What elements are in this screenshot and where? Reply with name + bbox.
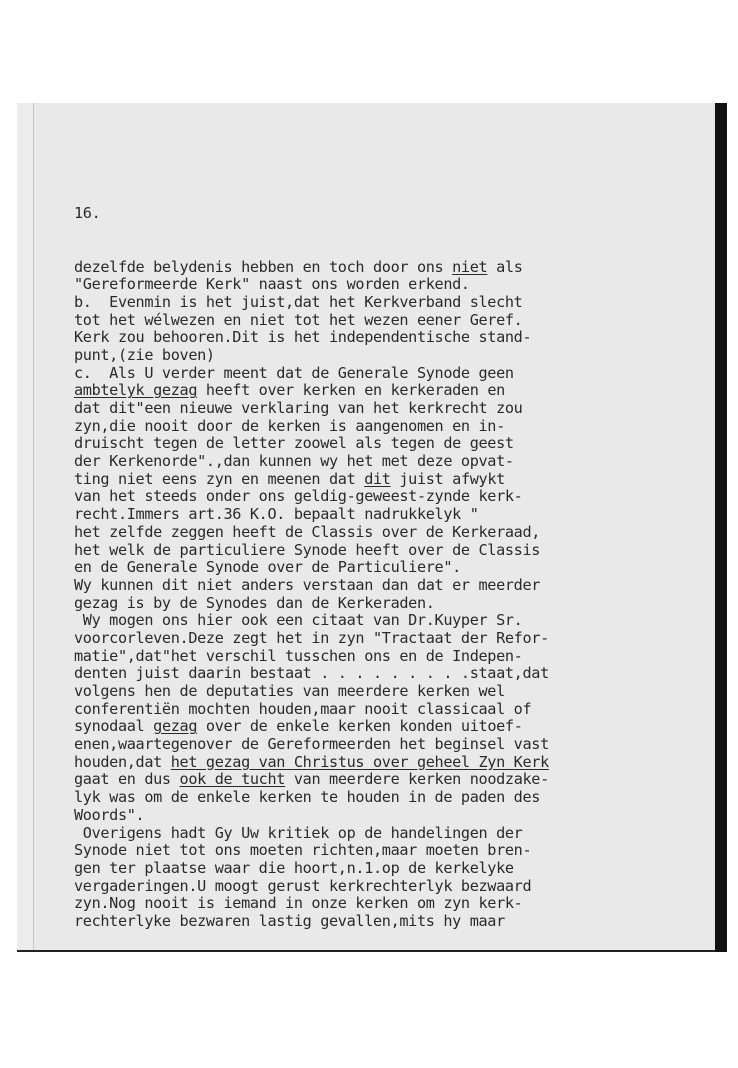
text-line: matie",dat"het verschil tusschen ons en … [74, 648, 674, 666]
text-segment: Wy kunnen dit niet anders verstaan dan d… [74, 576, 540, 594]
text-line: ambtelyk gezag heeft over kerken en kerk… [74, 382, 674, 400]
text-segment: van het steeds onder ons geldig-geweest-… [74, 487, 522, 505]
text-segment: dezelfde belydenis hebben en toch door o… [74, 258, 452, 276]
text-segment: vergaderingen.U moogt gerust kerkrechter… [74, 877, 531, 895]
text-segment: druischt tegen de letter zoowel als tege… [74, 434, 514, 452]
text-line: volgens hen de deputaties van meerdere k… [74, 683, 674, 701]
text-line: het welk de particuliere Synode heeft ov… [74, 542, 674, 560]
text-line: voorcorleven.Deze zegt het in zyn "Tract… [74, 630, 674, 648]
text-segment: het welk de particuliere Synode heeft ov… [74, 541, 540, 559]
text-line: en de Generale Synode over de Particulie… [74, 559, 674, 577]
text-segment: tot het wélwezen en niet tot het wezen e… [74, 311, 522, 329]
text-line: synodaal gezag over de enkele kerken kon… [74, 718, 674, 736]
text-segment: Synode niet tot ons moeten richten,maar … [74, 841, 531, 859]
page-margin-strip [17, 103, 34, 950]
underlined-text: niet [452, 258, 487, 276]
page-edge-shadow [715, 103, 727, 952]
underlined-text: dit [364, 470, 390, 488]
page-number: 16. [74, 205, 674, 223]
text-line: conferentiën mochten houden,maar nooit c… [74, 701, 674, 719]
text-segment: zyn,die nooit door de kerken is aangenom… [74, 417, 505, 435]
text-segment: "Gereformeerde Kerk" naast ons worden er… [74, 275, 470, 293]
text-line: gen ter plaatse waar die hoort,n.1.op de… [74, 860, 674, 878]
text-line: Woords". [74, 807, 674, 825]
underlined-text: gezag [153, 717, 197, 735]
text-segment: over de enkele kerken konden uitoef- [197, 717, 522, 735]
typewritten-text: 16. dezelfde belydenis hebben en toch do… [74, 170, 674, 948]
text-line: c. Als U verder meent dat de Generale Sy… [74, 365, 674, 383]
text-line: punt,(zie boven) [74, 347, 674, 365]
text-segment: denten juist daarin bestaat . . . . . . … [74, 664, 549, 682]
text-line: "Gereformeerde Kerk" naast ons worden er… [74, 276, 674, 294]
text-segment: dat dit"een nieuwe verklaring van het ke… [74, 399, 522, 417]
underlined-text: ambtelyk gezag [74, 381, 197, 399]
text-line: Overigens hadt Gy Uw kritiek op de hande… [74, 825, 674, 843]
text-line: ting niet eens zyn en meenen dat dit jui… [74, 471, 674, 489]
text-line: zyn,die nooit door de kerken is aangenom… [74, 418, 674, 436]
text-line: dezelfde belydenis hebben en toch door o… [74, 259, 674, 277]
text-segment: en de Generale Synode over de Particulie… [74, 558, 461, 576]
text-segment: het zelfde zeggen heeft de Classis over … [74, 523, 540, 541]
text-line: enen,waartegenover de Gereformeerden het… [74, 736, 674, 754]
text-lines: dezelfde belydenis hebben en toch door o… [74, 259, 674, 931]
text-segment: conferentiën mochten houden,maar nooit c… [74, 700, 531, 718]
text-line: tot het wélwezen en niet tot het wezen e… [74, 312, 674, 330]
text-line: rechterlyke bezwaren lastig gevallen,mit… [74, 913, 674, 931]
text-line: druischt tegen de letter zoowel als tege… [74, 435, 674, 453]
text-segment: gaat en dus [74, 770, 180, 788]
text-segment: rechterlyke bezwaren lastig gevallen,mit… [74, 912, 505, 930]
text-segment: b. Evenmin is het juist,dat het Kerkverb… [74, 293, 522, 311]
text-segment: voorcorleven.Deze zegt het in zyn "Tract… [74, 629, 549, 647]
text-line: dat dit"een nieuwe verklaring van het ke… [74, 400, 674, 418]
underlined-text: ook de tucht [180, 770, 286, 788]
text-line: vergaderingen.U moogt gerust kerkrechter… [74, 878, 674, 896]
text-segment: juist afwykt [391, 470, 505, 488]
text-line: Synode niet tot ons moeten richten,maar … [74, 842, 674, 860]
text-line: Kerk zou behooren.Dit is het independent… [74, 329, 674, 347]
text-segment: Wy mogen ons hier ook een citaat van Dr.… [74, 611, 522, 629]
text-line: houden,dat het gezag van Christus over g… [74, 754, 674, 772]
text-line: het zelfde zeggen heeft de Classis over … [74, 524, 674, 542]
text-line: denten juist daarin bestaat . . . . . . … [74, 665, 674, 683]
text-segment: als [487, 258, 522, 276]
text-line: Wy mogen ons hier ook een citaat van Dr.… [74, 612, 674, 630]
text-segment: lyk was om de enkele kerken te houden in… [74, 788, 540, 806]
text-segment: punt,(zie boven) [74, 346, 215, 364]
text-line: recht.Immers art.36 K.O. bepaalt nadrukk… [74, 506, 674, 524]
text-segment: gezag is by de Synodes dan de Kerkeraden… [74, 594, 435, 612]
text-line: gaat en dus ook de tucht van meerdere ke… [74, 771, 674, 789]
text-segment: heeft over kerken en kerkeraden en [197, 381, 505, 399]
text-line: Wy kunnen dit niet anders verstaan dan d… [74, 577, 674, 595]
text-segment: houden,dat [74, 753, 171, 771]
underlined-text: het gezag van Christus over geheel Zyn K… [171, 753, 549, 771]
text-segment: synodaal [74, 717, 153, 735]
text-segment: Overigens hadt Gy Uw kritiek op de hande… [74, 824, 522, 842]
text-line: gezag is by de Synodes dan de Kerkeraden… [74, 595, 674, 613]
text-segment: Kerk zou behooren.Dit is het independent… [74, 328, 531, 346]
text-line: b. Evenmin is het juist,dat het Kerkverb… [74, 294, 674, 312]
text-segment: van meerdere kerken noodzake- [285, 770, 549, 788]
text-segment: ting niet eens zyn en meenen dat [74, 470, 364, 488]
text-line: van het steeds onder ons geldig-geweest-… [74, 488, 674, 506]
text-segment: enen,waartegenover de Gereformeerden het… [74, 735, 549, 753]
text-segment: matie",dat"het verschil tusschen ons en … [74, 647, 522, 665]
text-line: lyk was om de enkele kerken te houden in… [74, 789, 674, 807]
text-segment: volgens hen de deputaties van meerdere k… [74, 682, 505, 700]
text-segment: recht.Immers art.36 K.O. bepaalt nadrukk… [74, 505, 479, 523]
text-line: zyn.Nog nooit is iemand in onze kerken o… [74, 895, 674, 913]
text-segment: c. Als U verder meent dat de Generale Sy… [74, 364, 514, 382]
text-segment: der Kerkenorde".,dan kunnen wy het met d… [74, 452, 514, 470]
text-segment: Woords". [74, 806, 144, 824]
text-segment: gen ter plaatse waar die hoort,n.1.op de… [74, 859, 514, 877]
text-line: der Kerkenorde".,dan kunnen wy het met d… [74, 453, 674, 471]
text-segment: zyn.Nog nooit is iemand in onze kerken o… [74, 894, 522, 912]
